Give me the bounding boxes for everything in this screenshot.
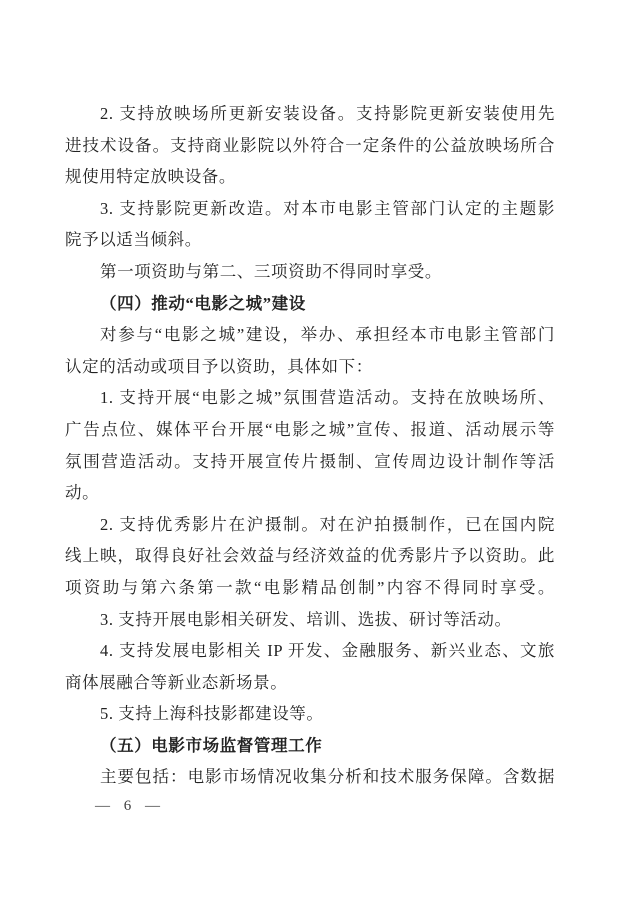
text-line: 5. 支持上海科技影都建设等。 bbox=[65, 698, 555, 730]
text-line: 院予以适当倾斜。 bbox=[65, 224, 555, 256]
text-line: 主要包括：电影市场情况收集分析和技术服务保障。含数据 bbox=[65, 761, 555, 793]
text-line: 3. 支持影院更新改造。对本市电影主管部门认定的主题影 bbox=[65, 193, 555, 225]
text-line: 对参与“电影之城”建设，举办、承担经本市电影主管部门 bbox=[65, 319, 555, 351]
section-heading: （五）电影市场监督管理工作 bbox=[65, 730, 555, 762]
text-line: 进技术设备。支持商业影院以外符合一定条件的公益放映场所合 bbox=[65, 130, 555, 162]
text-line: 广告点位、媒体平台开展“电影之城”宣传、报道、活动展示等 bbox=[65, 414, 555, 446]
text-line: 1. 支持开展“电影之城”氛围营造活动。支持在放映场所、 bbox=[65, 382, 555, 414]
text-line: 3. 支持开展电影相关研发、培训、选拔、研讨等活动。 bbox=[65, 604, 555, 636]
text-line: 认定的活动或项目予以资助，具体如下： bbox=[65, 351, 555, 383]
page-number: — 6 — bbox=[95, 795, 161, 817]
text-line: 项资助与第六条第一款“电影精品创制”内容不得同时享受。 bbox=[65, 572, 555, 604]
text-line: 线上映，取得良好社会效益与经济效益的优秀影片予以资助。此 bbox=[65, 540, 555, 572]
document-body: 2. 支持放映场所更新安装设备。支持影院更新安装使用先进技术设备。支持商业影院以… bbox=[65, 98, 555, 793]
text-line: 氛围营造活动。支持开展宣传片摄制、宣传周边设计制作等活 bbox=[65, 446, 555, 478]
text-line: 4. 支持发展电影相关 IP 开发、金融服务、新兴业态、文旅 bbox=[65, 635, 555, 667]
section-heading: （四）推动“电影之城”建设 bbox=[65, 288, 555, 320]
text-line: 2. 支持放映场所更新安装设备。支持影院更新安装使用先 bbox=[65, 98, 555, 130]
text-line: 规使用特定放映设备。 bbox=[65, 161, 555, 193]
text-line: 第一项资助与第二、三项资助不得同时享受。 bbox=[65, 256, 555, 288]
document-page: 2. 支持放映场所更新安装设备。支持影院更新安装使用先进技术设备。支持商业影院以… bbox=[0, 0, 635, 898]
text-line: 2. 支持优秀影片在沪摄制。对在沪拍摄制作，已在国内院 bbox=[65, 509, 555, 541]
text-line: 商体展融合等新业态新场景。 bbox=[65, 667, 555, 699]
text-line: 动。 bbox=[65, 477, 555, 509]
